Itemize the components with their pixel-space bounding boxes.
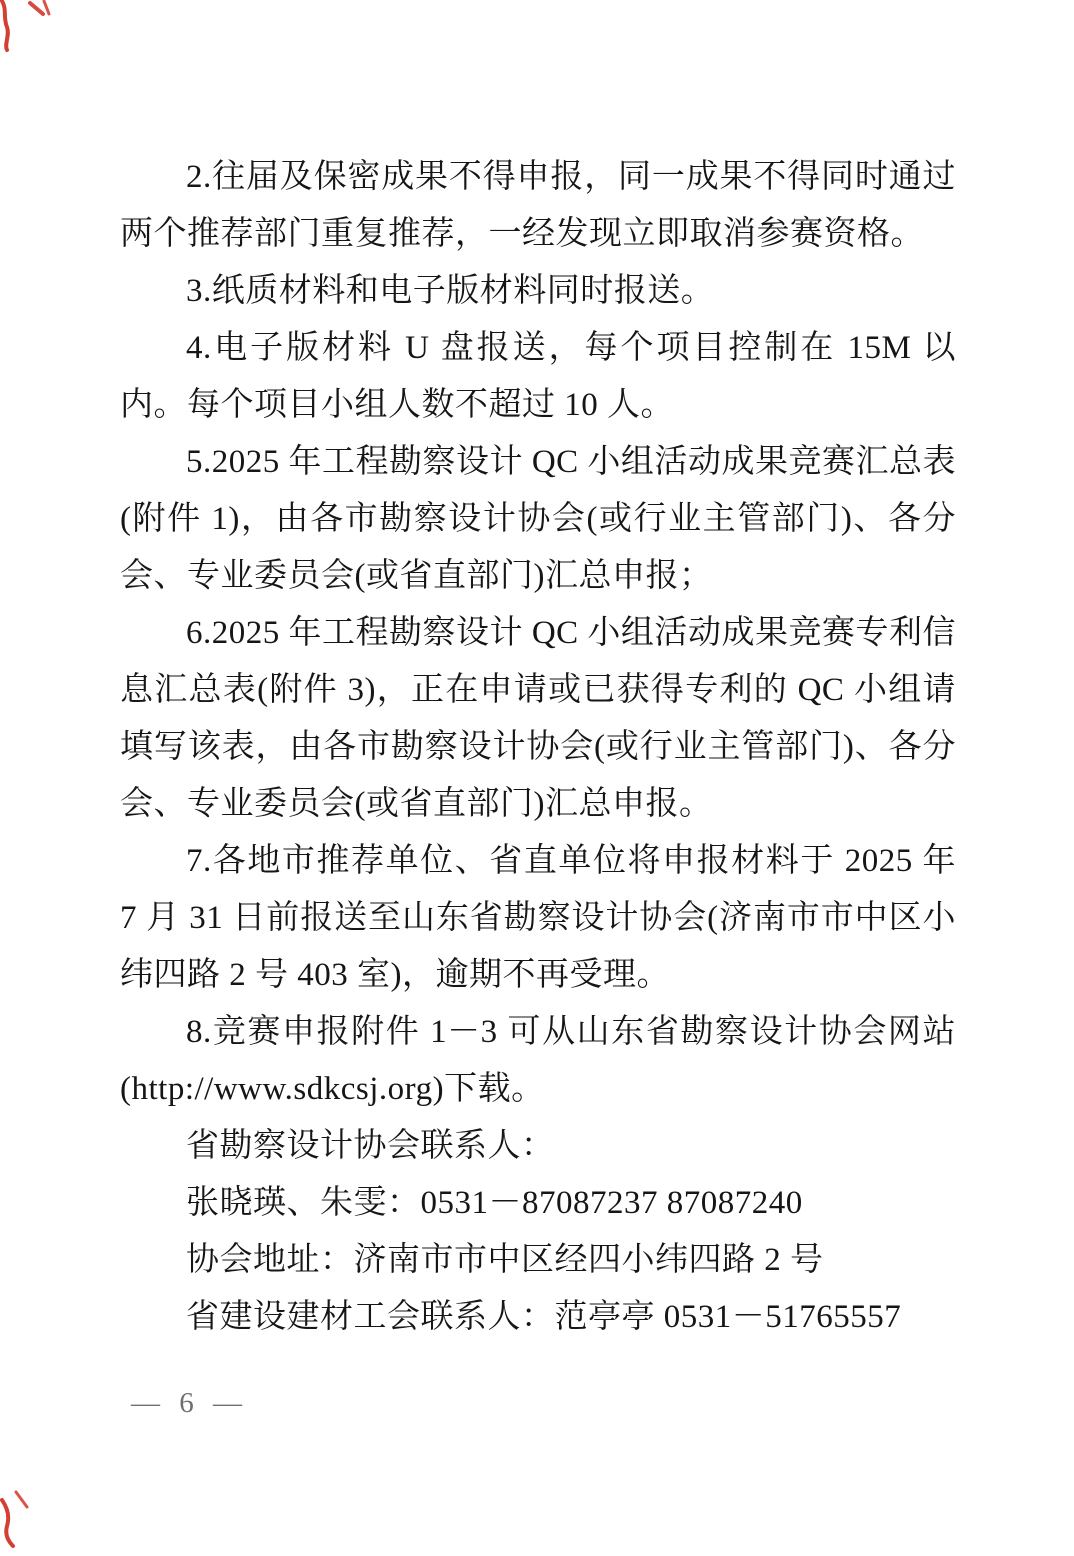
contact-heading-line: 省勘察设计协会联系人： bbox=[120, 1118, 956, 1175]
red-scan-artifact-bottom-left bbox=[0, 1488, 48, 1556]
paragraph-item-3: 3.纸质材料和电子版材料同时报送。 bbox=[120, 263, 956, 320]
paragraph-item-7: 7.各地市推荐单位、省直单位将申报材料于 2025 年 7 月 31 日前报送至… bbox=[120, 833, 956, 1004]
contact-phone-line: 张晓瑛、朱雯：0531－87087237 87087240 bbox=[120, 1175, 956, 1232]
contact-address-line: 协会地址：济南市市中区经四小纬四路 2 号 bbox=[120, 1232, 956, 1289]
paragraph-item-5: 5.2025 年工程勘察设计 QC 小组活动成果竞赛汇总表(附件 1)，由各市勘… bbox=[120, 434, 956, 605]
paragraph-item-2: 2.往届及保密成果不得申报，同一成果不得同时通过两个推荐部门重复推荐，一经发现立… bbox=[120, 149, 956, 263]
paragraph-item-6: 6.2025 年工程勘察设计 QC 小组活动成果竞赛专利信息汇总表(附件 3)，… bbox=[120, 605, 956, 833]
red-scan-artifact-top-left bbox=[0, 0, 64, 64]
document-body: 2.往届及保密成果不得申报，同一成果不得同时通过两个推荐部门重复推荐，一经发现立… bbox=[120, 149, 956, 1346]
paragraph-item-8: 8.竞赛申报附件 1－3 可从山东省勘察设计协会网站(http://www.sd… bbox=[120, 1004, 956, 1118]
page-number-footer: — 6 — bbox=[131, 1386, 243, 1420]
document-page: 2.往届及保密成果不得申报，同一成果不得同时通过两个推荐部门重复推荐，一经发现立… bbox=[0, 0, 1074, 1556]
contact-union-line: 省建设建材工会联系人：范亭亭 0531－51765557 bbox=[120, 1289, 956, 1346]
paragraph-item-4: 4.电子版材料 U 盘报送，每个项目控制在 15M 以内。每个项目小组人数不超过… bbox=[120, 320, 956, 434]
